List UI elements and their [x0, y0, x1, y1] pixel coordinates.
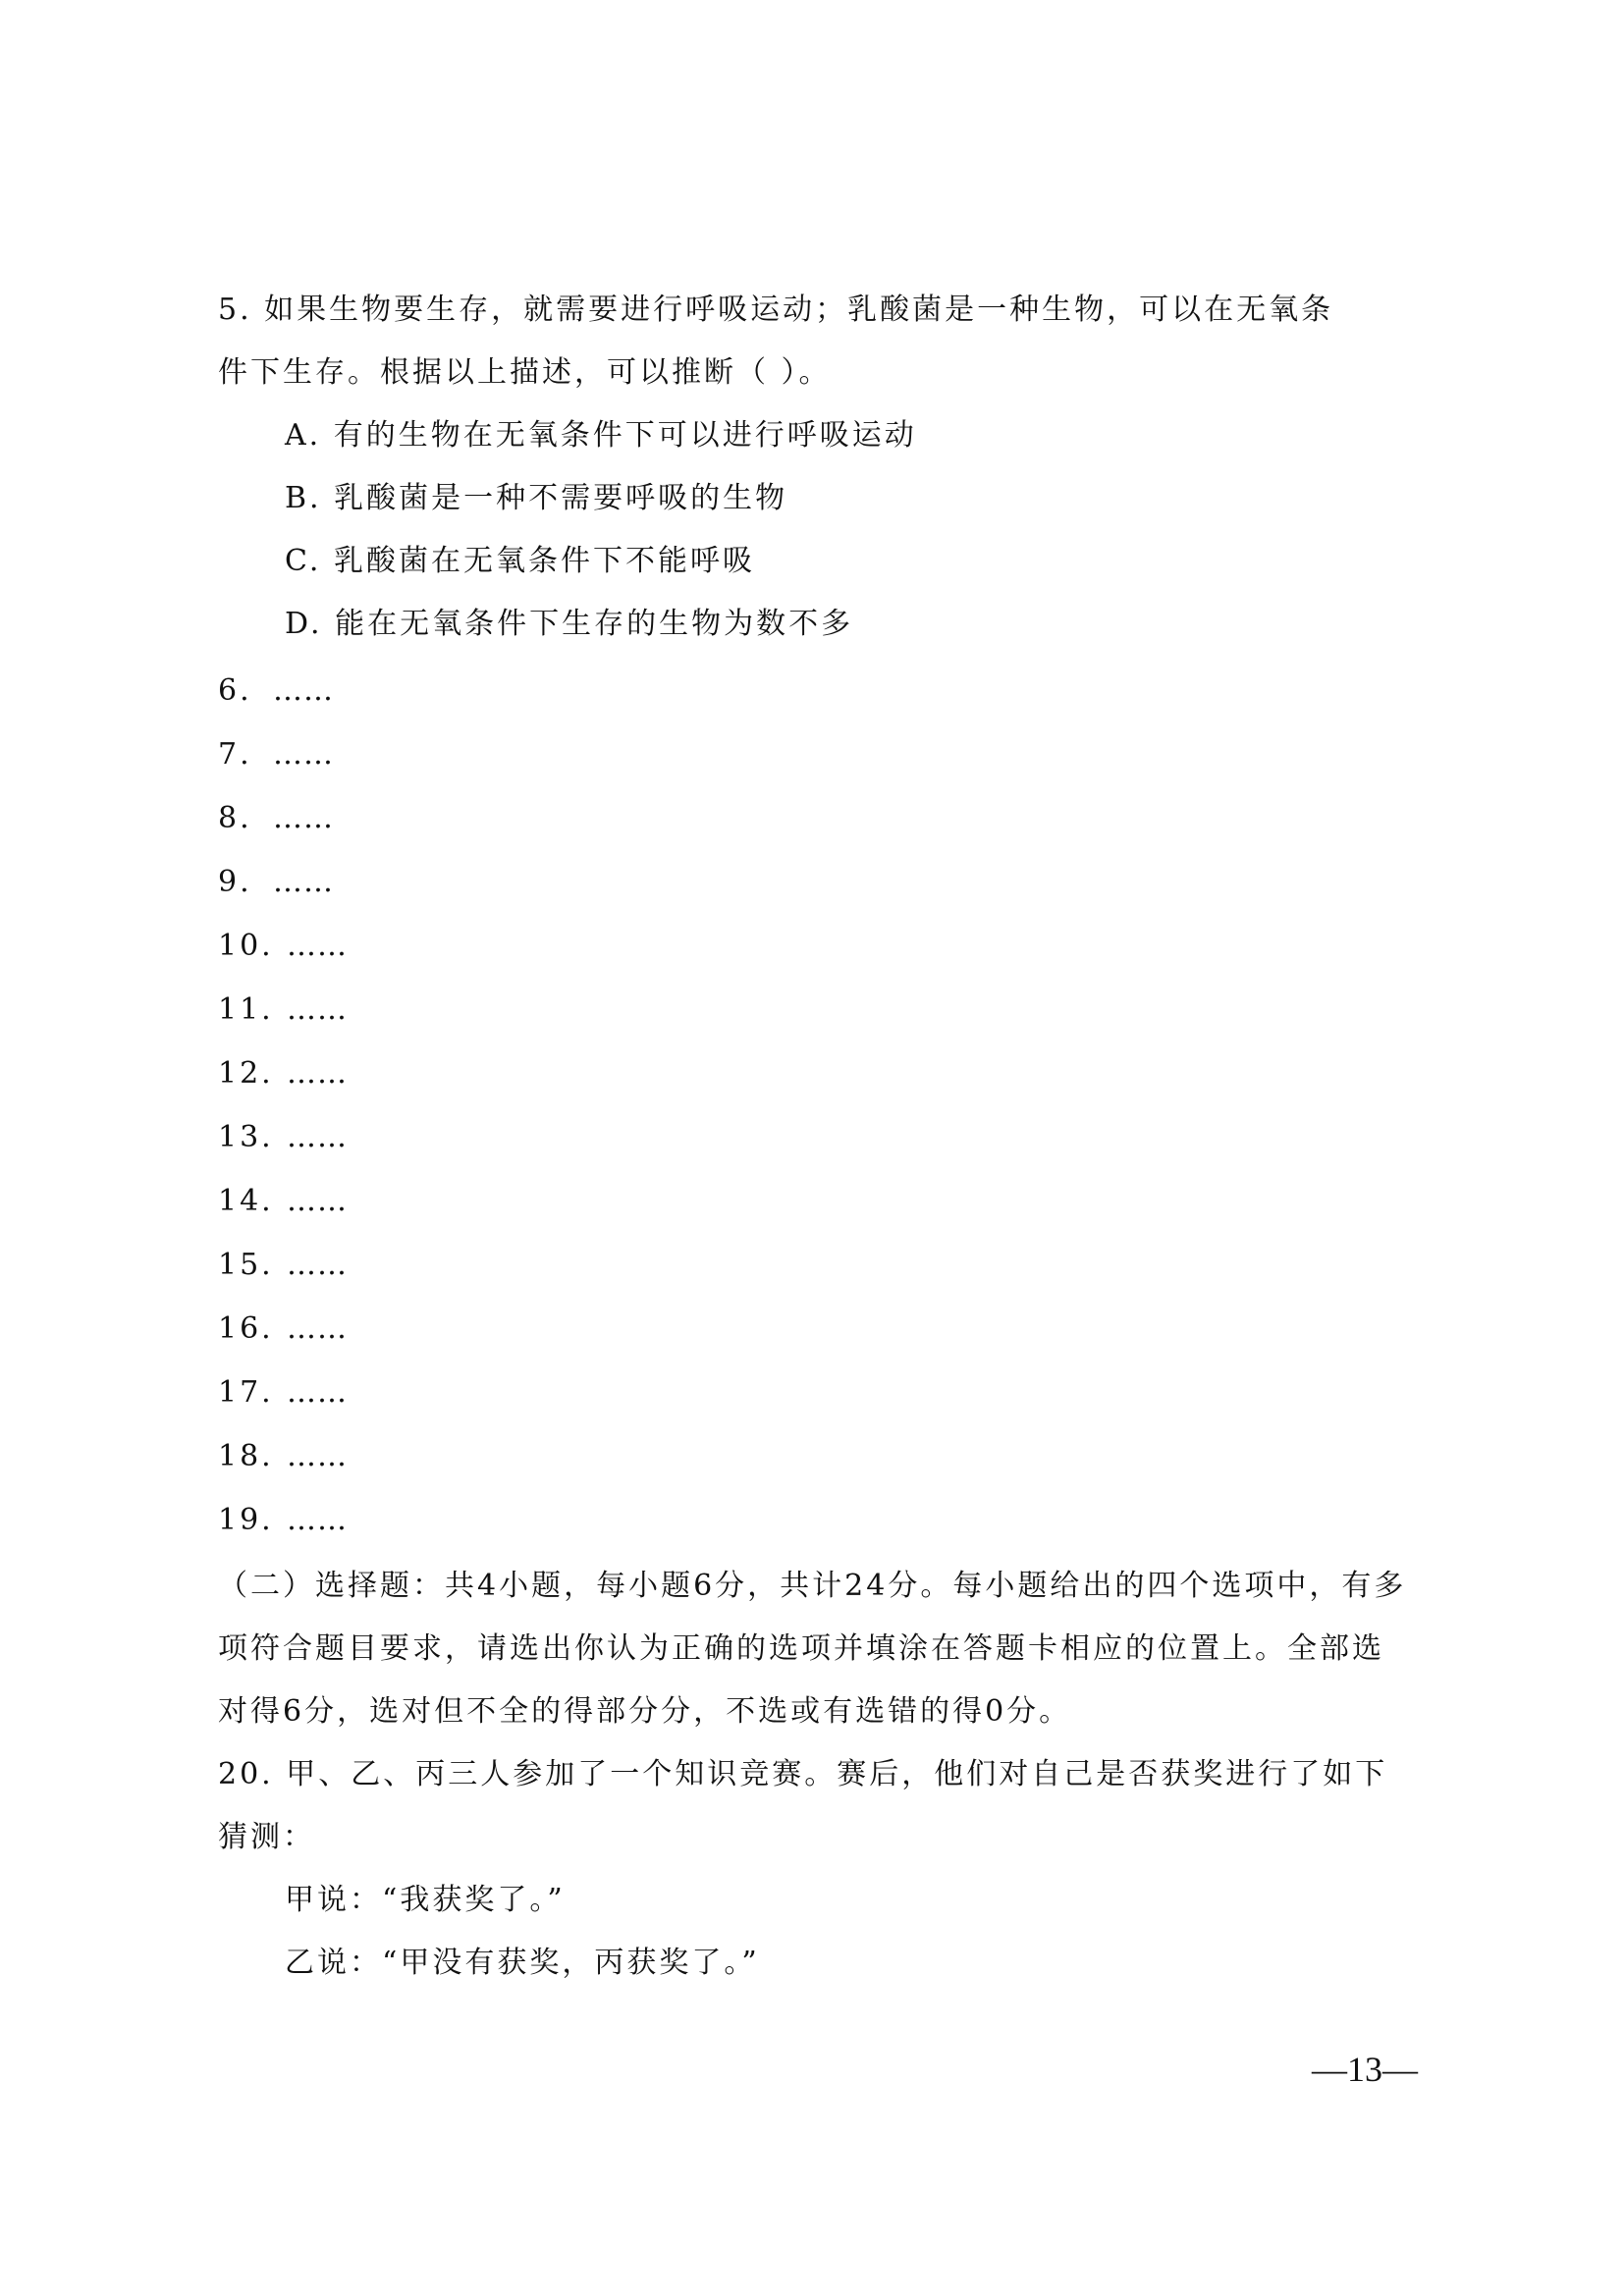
question-20-stem-line-2: 猜测： — [218, 1818, 315, 1857]
ellipsis: …… — [273, 865, 334, 899]
section-2-instructions-line-1: （二）选择题：共4小题，每小题6分，共计24分。每小题给出的四个选项中，有多 — [218, 1567, 1406, 1606]
document-page: 5. 如果生物要生存，就需要进行呼吸运动；乳酸菌是一种生物，可以在无氧条 件下生… — [0, 0, 1624, 2296]
question-placeholder-12: 12.…… — [218, 1054, 348, 1094]
ellipsis: …… — [287, 1248, 348, 1282]
question-5-stem-line-2: 件下生存。根据以上描述，可以推断（ ）。 — [218, 353, 832, 393]
question-number: 18. — [218, 1437, 287, 1476]
question-number: 8. — [218, 799, 273, 838]
question-number: 19. — [218, 1501, 287, 1540]
question-number: 13. — [218, 1118, 287, 1157]
ellipsis: …… — [273, 673, 334, 708]
ellipsis: …… — [287, 1503, 348, 1537]
ellipsis: …… — [287, 1375, 348, 1410]
ellipsis: …… — [273, 801, 334, 835]
question-placeholder-16: 16.…… — [218, 1309, 348, 1349]
question-number: 15. — [218, 1246, 287, 1285]
question-number: 11. — [218, 990, 287, 1030]
option-text: 乳酸菌是一种不需要呼吸的生物 — [334, 481, 787, 515]
option-text: 有的生物在无氧条件下可以进行呼吸运动 — [334, 418, 917, 453]
ellipsis: …… — [287, 1184, 348, 1218]
question-placeholder-17: 17.…… — [218, 1373, 348, 1413]
question-placeholder-11: 11.…… — [218, 990, 348, 1030]
question-number: 9. — [218, 863, 273, 902]
ellipsis: …… — [287, 992, 348, 1027]
question-number: 7. — [218, 735, 273, 774]
option-label: B. — [285, 481, 322, 515]
ellipsis: …… — [287, 929, 348, 963]
question-placeholder-18: 18.…… — [218, 1437, 348, 1476]
option-label: C. — [285, 544, 321, 578]
question-5-option-b: B. 乳酸菌是一种不需要呼吸的生物 — [285, 479, 787, 518]
ellipsis: …… — [287, 1439, 348, 1473]
ellipsis: …… — [287, 1311, 348, 1346]
question-placeholder-10: 10.…… — [218, 927, 348, 966]
option-label: D. — [285, 607, 323, 641]
ellipsis: …… — [273, 737, 334, 772]
question-placeholder-15: 15.…… — [218, 1246, 348, 1285]
question-number: 16. — [218, 1309, 287, 1349]
page-number: —13— — [1312, 2050, 1418, 2089]
question-placeholder-8: 8.…… — [218, 799, 334, 838]
option-label: A. — [285, 418, 321, 453]
question-number: 12. — [218, 1054, 287, 1094]
question-placeholder-6: 6.…… — [218, 671, 334, 711]
question-placeholder-9: 9.…… — [218, 863, 334, 902]
option-text: 乳酸菌在无氧条件下不能呼吸 — [334, 544, 755, 578]
question-5-option-d: D. 能在无氧条件下生存的生物为数不多 — [285, 605, 853, 644]
question-20-statement-jia: 甲说：“我获奖了。” — [285, 1881, 566, 1920]
section-2-instructions-line-3: 对得6分，选对但不全的得部分分，不选或有选错的得0分。 — [218, 1692, 1071, 1732]
question-number: 14. — [218, 1182, 287, 1221]
question-placeholder-13: 13.…… — [218, 1118, 348, 1157]
ellipsis: …… — [287, 1120, 348, 1154]
question-placeholder-19: 19.…… — [218, 1501, 348, 1540]
option-text: 能在无氧条件下生存的生物为数不多 — [335, 607, 853, 641]
question-20-stem-line-1: 20. 甲、乙、丙三人参加了一个知识竞赛。赛后，他们对自己是否获奖进行了如下 — [218, 1755, 1387, 1794]
question-20-statement-yi: 乙说：“甲没有获奖，丙获奖了。” — [285, 1944, 760, 1983]
section-2-instructions-line-2: 项符合题目要求，请选出你认为正确的选项并填涂在答题卡相应的位置上。全部选 — [218, 1629, 1384, 1669]
question-5-option-a: A. 有的生物在无氧条件下可以进行呼吸运动 — [285, 416, 917, 455]
question-5-option-c: C. 乳酸菌在无氧条件下不能呼吸 — [285, 542, 755, 581]
question-number: 10. — [218, 927, 287, 966]
question-number: 17. — [218, 1373, 287, 1413]
question-5-stem-line-1: 5. 如果生物要生存，就需要进行呼吸运动；乳酸菌是一种生物，可以在无氧条 — [218, 291, 1333, 330]
question-placeholder-14: 14.…… — [218, 1182, 348, 1221]
question-placeholder-7: 7.…… — [218, 735, 334, 774]
question-number: 6. — [218, 671, 273, 711]
ellipsis: …… — [287, 1056, 348, 1091]
